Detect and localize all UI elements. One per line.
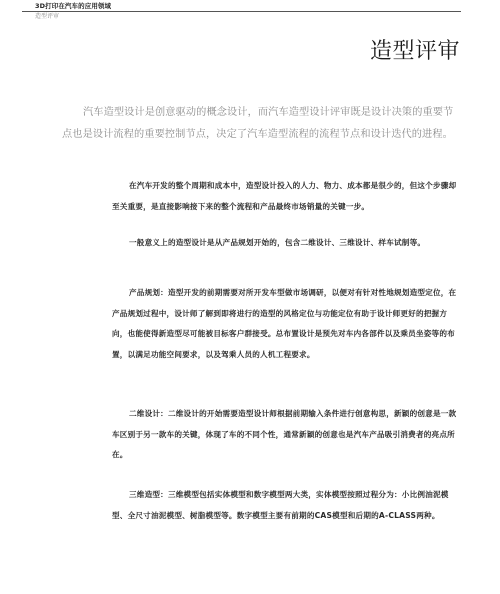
body-paragraph-2d-design: 二维设计：二维设计的开始需要造型设计师根据前期输入条件进行创意构思，新颖的创意是…	[112, 404, 462, 466]
body-paragraph-overview: 一般意义上的造型设计是从产品规划开始的，包含二维设计、三维设计、样车试制等。	[112, 233, 462, 254]
intro-paragraph: 汽车造型设计是创意驱动的概念设计，而汽车造型设计评审既是设计决策的重要节点也是设…	[62, 102, 462, 146]
document-header-subtitle: 造型评审	[35, 13, 59, 21]
page-header: 3D打印在汽车的应用领域 造型评审	[0, 0, 500, 24]
document-header-title: 3D打印在汽车的应用领域	[35, 2, 111, 10]
header-divider	[22, 11, 461, 12]
body-paragraph-cost: 在汽车开发的整个周期和成本中，造型设计投入的人力、物力、成本都是很少的，但这个步…	[112, 176, 462, 217]
body-paragraph-product-planning: 产品规划：造型开发的前期需要对所开发车型做市场调研，以便对有针对性地规划造型定位…	[112, 283, 462, 365]
section-title: 造型评审	[370, 38, 460, 66]
body-paragraph-3d-modeling: 三维造型：三维模型包括实体模型和数字模型两大类，实体模型按照过程分为：小比例油泥…	[112, 485, 462, 526]
